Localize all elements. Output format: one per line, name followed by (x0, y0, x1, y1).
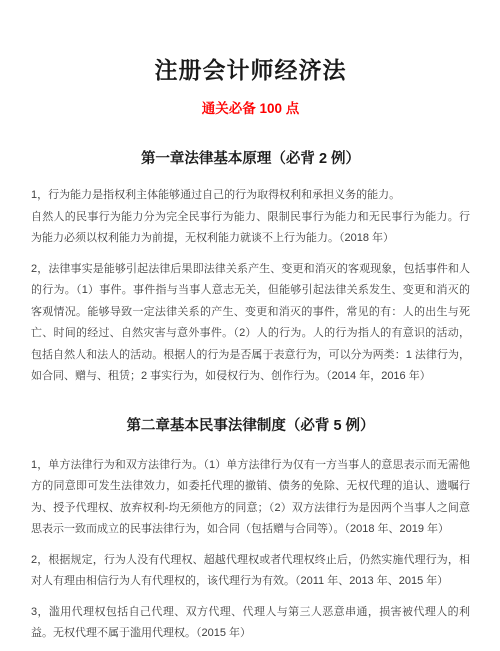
document-subtitle: 通关必备 100 点 (31, 101, 470, 117)
chapter-2-paragraph-3: 3，滥用代理权包括自己代理、双方代理、代理人与第三人恶意串通，损害被代理人的利益… (31, 602, 470, 645)
chapter-2-paragraph-2: 2，根据规定，行为人没有代理权、超越代理权或者代理权终止后，仍然实施代理行为，相… (31, 550, 470, 593)
chapter-1-paragraph-2: 2，法律事实是能够引起法律后果即法律关系产生、变更和消灭的客观现象，包括事件和人… (31, 259, 470, 388)
document-title: 注册会计师经济法 (31, 56, 470, 84)
chapter-1-paragraph-1: 1，行为能力是指权利主体能够通过自己的行为取得权利和承担义务的能力。 自然人的民… (31, 185, 470, 250)
document-page: 注册会计师经济法 通关必备 100 点 第一章法律基本原理（必背 2 例） 1，… (0, 0, 500, 651)
section-chapter-1: 第一章法律基本原理（必背 2 例） 1，行为能力是指权利主体能够通过自己的行为取… (31, 150, 470, 388)
chapter-2-heading: 第二章基本民事法律制度（必背 5 例） (31, 417, 470, 435)
chapter-1-heading: 第一章法律基本原理（必背 2 例） (31, 150, 470, 168)
section-chapter-2: 第二章基本民事法律制度（必背 5 例） 1，单方法律行为和双方法律行为。（1）单… (31, 417, 470, 645)
chapter-2-paragraph-1: 1，单方法律行为和双方法律行为。（1）单方法律行为仅有一方当事人的意思表示而无需… (31, 455, 470, 541)
